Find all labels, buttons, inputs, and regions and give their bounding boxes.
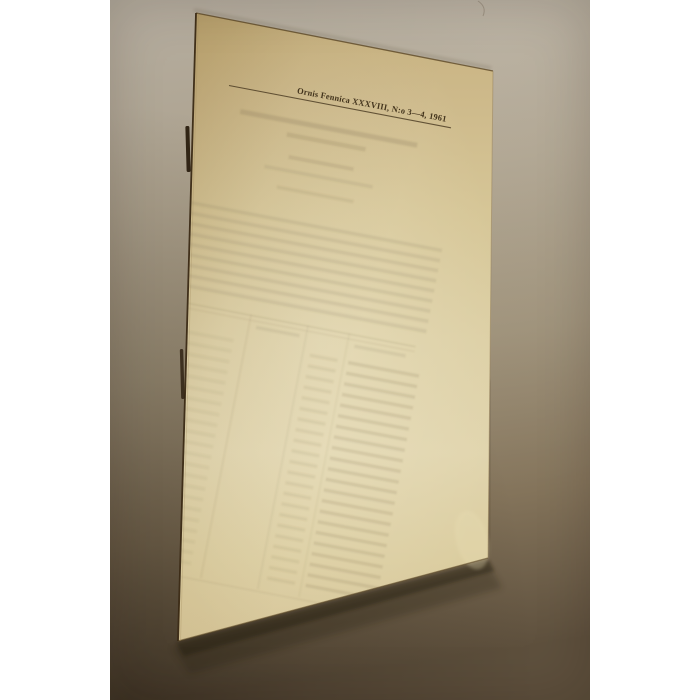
white-frame-right <box>590 0 700 700</box>
booklet-photo-svg: Ornis Fennica XXXVIII, N:o 3—4, 1961 <box>110 0 590 700</box>
product-photo-of-booklet: Ornis Fennica XXXVIII, N:o 3—4, 1961 <box>110 0 590 700</box>
photo-canvas: Ornis Fennica XXXVIII, N:o 3—4, 1961 <box>0 0 700 700</box>
white-frame-left <box>0 0 110 700</box>
